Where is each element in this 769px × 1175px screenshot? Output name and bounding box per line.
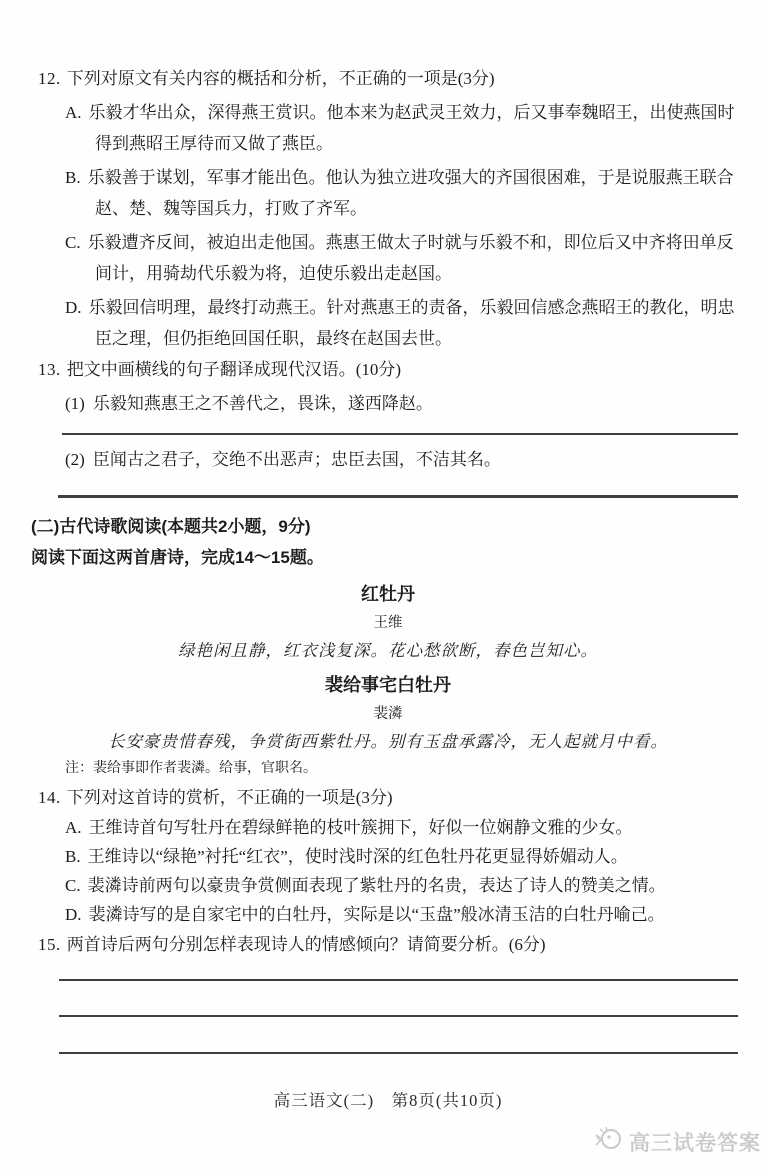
poem-note: 注：裴给事即作者裴潾。给事，官职名。 (65, 755, 738, 782)
watermark-text: 高三试卷答案 (629, 1128, 761, 1159)
answer-line (59, 1052, 738, 1054)
option-b-label: B. (65, 168, 81, 187)
question-12-option-d: D.乐毅回信明理，最终打动燕王。针对燕惠王的责备，乐毅回信感念燕昭王的教化，明忠… (38, 292, 738, 354)
option-b-label: B. (65, 847, 81, 866)
option-d-label: D. (65, 905, 82, 924)
exam-page: 12.下列对原文有关内容的概括和分析，不正确的一项是(3分) A.乐毅才华出众，… (0, 0, 769, 1175)
question-15-number: 15. (38, 935, 61, 954)
part-1-text: 乐毅知燕惠王之不善代之，畏诛，遂西降赵。 (93, 394, 433, 413)
question-14-number: 14. (38, 788, 61, 807)
option-c-label: C. (65, 876, 81, 895)
question-15-stem-text: 两首诗后两句分别怎样表现诗人的情感倾向？请简要分析。(6分) (67, 935, 546, 954)
question-12: 12.下列对原文有关内容的概括和分析，不正确的一项是(3分) A.乐毅才华出众，… (38, 63, 738, 354)
option-d-text: 裴潾诗写的是自家宅中的白牡丹，实际是以“玉盘”般冰清玉洁的白牡丹喻己。 (89, 905, 665, 924)
poem-1-line: 绿艳闲且静，红衣浅复深。花心愁欲断，春色岂知心。 (38, 637, 738, 664)
option-d-label: D. (65, 298, 82, 317)
option-c-label: C. (65, 233, 81, 252)
page-footer: 高三语文(二) 第8页(共10页) (38, 1085, 738, 1116)
question-12-option-a: A.乐毅才华出众，深得燕王赏识。他本来为赵武灵王效力，后又事奉魏昭王，出使燕国时… (38, 97, 738, 159)
part-1-label: (1) (65, 394, 85, 413)
poem-2: 裴给事宅白牡丹 裴潾 长安豪贵惜春残，争赏街西紫牡丹。别有玉盘承露冷，无人起就月… (38, 670, 738, 755)
question-12-number: 12. (38, 69, 61, 88)
poem-2-line: 长安豪贵惜春残，争赏街西紫牡丹。别有玉盘承露冷，无人起就月中看。 (38, 728, 738, 755)
question-13-part-2: (2)臣闻古之君子，交绝不出恶声；忠臣去国，不洁其名。 (65, 444, 738, 475)
question-13-stem: 13.把文中画横线的句子翻译成现代汉语。(10分) (38, 354, 738, 385)
question-12-stem: 12.下列对原文有关内容的概括和分析，不正确的一项是(3分) (38, 63, 738, 94)
option-a-label: A. (65, 818, 82, 837)
section-intro: 阅读下面这两首唐诗，完成14～15题。 (31, 542, 738, 573)
question-14-stem-text: 下列对这首诗的赏析，不正确的一项是(3分) (67, 788, 393, 807)
option-b-text: 王维诗以“绿艳”衬托“红衣”，使时浅时深的红色牡丹花更显得娇媚动人。 (88, 847, 628, 866)
question-14-option-c: C.裴潾诗前两句以豪贵争赏侧面表现了紫牡丹的名贵，表达了诗人的赞美之情。 (38, 871, 738, 900)
question-15-answer-area (38, 979, 738, 1054)
poem-1: 红牡丹 王维 绿艳闲且静，红衣浅复深。花心愁欲断，春色岂知心。 (38, 579, 738, 664)
question-13: 13.把文中画横线的句子翻译成现代汉语。(10分) (1)乐毅知燕惠王之不善代之… (38, 354, 738, 498)
question-14-option-b: B.王维诗以“绿艳”衬托“红衣”，使时浅时深的红色牡丹花更显得娇媚动人。 (38, 842, 738, 871)
question-15-stem: 15.两首诗后两句分别怎样表现诗人的情感倾向？请简要分析。(6分) (38, 929, 738, 960)
question-13-number: 13. (38, 360, 61, 379)
question-13-part-1: (1)乐毅知燕惠王之不善代之，畏诛，遂西降赵。 (65, 388, 738, 419)
question-12-option-c: C.乐毅遭齐反间，被迫出走他国。燕惠王做太子时就与乐毅不和，即位后又中齐将田单反… (38, 227, 738, 289)
answer-line (58, 495, 738, 498)
question-14-stem: 14.下列对这首诗的赏析，不正确的一项是(3分) (38, 782, 738, 813)
option-a-label: A. (65, 103, 82, 122)
poem-1-title: 红牡丹 (38, 579, 738, 610)
watermark: 高三试卷答案 (594, 1125, 761, 1161)
option-a-text: 王维诗首句写牡丹在碧绿鲜艳的枝叶簇拥下，好似一位娴静文雅的少女。 (89, 818, 633, 837)
option-c-text: 乐毅遭齐反间，被迫出走他国。燕惠王做太子时就与乐毅不和，即位后又中齐将田单反间计… (88, 233, 734, 283)
part-2-text: 臣闻古之君子，交绝不出恶声；忠臣去国，不洁其名。 (93, 450, 501, 469)
option-c-text: 裴潾诗前两句以豪贵争赏侧面表现了紫牡丹的名贵，表达了诗人的赞美之情。 (88, 876, 666, 895)
poem-2-author: 裴潾 (38, 701, 738, 728)
watermark-logo-icon (594, 1125, 624, 1161)
answer-line (59, 979, 738, 981)
question-13-stem-text: 把文中画横线的句子翻译成现代汉语。(10分) (67, 360, 401, 379)
question-15: 15.两首诗后两句分别怎样表现诗人的情感倾向？请简要分析。(6分) (38, 929, 738, 1054)
option-a-text: 乐毅才华出众，深得燕王赏识。他本来为赵武灵王效力，后又事奉魏昭王，出使燕国时得到… (89, 103, 735, 153)
exam-content: 12.下列对原文有关内容的概括和分析，不正确的一项是(3分) A.乐毅才华出众，… (0, 0, 769, 1116)
part-2-label: (2) (65, 450, 85, 469)
question-14-option-d: D.裴潾诗写的是自家宅中的白牡丹，实际是以“玉盘”般冰清玉洁的白牡丹喻己。 (38, 900, 738, 929)
answer-line (59, 1015, 738, 1017)
question-14-option-a: A.王维诗首句写牡丹在碧绿鲜艳的枝叶簇拥下，好似一位娴静文雅的少女。 (38, 813, 738, 842)
poem-1-author: 王维 (38, 610, 738, 637)
option-d-text: 乐毅回信明理，最终打动燕王。针对燕惠王的责备，乐毅回信感念燕昭王的教化，明忠臣之… (89, 298, 735, 348)
answer-line (62, 433, 738, 435)
option-b-text: 乐毅善于谋划，军事才能出色。他认为独立进攻强大的齐国很困难，于是说服燕王联合赵、… (88, 168, 734, 218)
question-12-stem-text: 下列对原文有关内容的概括和分析，不正确的一项是(3分) (67, 69, 495, 88)
section-heading: (二)古代诗歌阅读(本题共2小题，9分) (31, 511, 738, 542)
poetry-section: (二)古代诗歌阅读(本题共2小题，9分) 阅读下面这两首唐诗，完成14～15题。… (38, 511, 738, 782)
question-12-option-b: B.乐毅善于谋划，军事才能出色。他认为独立进攻强大的齐国很困难，于是说服燕王联合… (38, 162, 738, 224)
poem-2-title: 裴给事宅白牡丹 (38, 670, 738, 701)
question-14: 14.下列对这首诗的赏析，不正确的一项是(3分) A.王维诗首句写牡丹在碧绿鲜艳… (38, 782, 738, 929)
